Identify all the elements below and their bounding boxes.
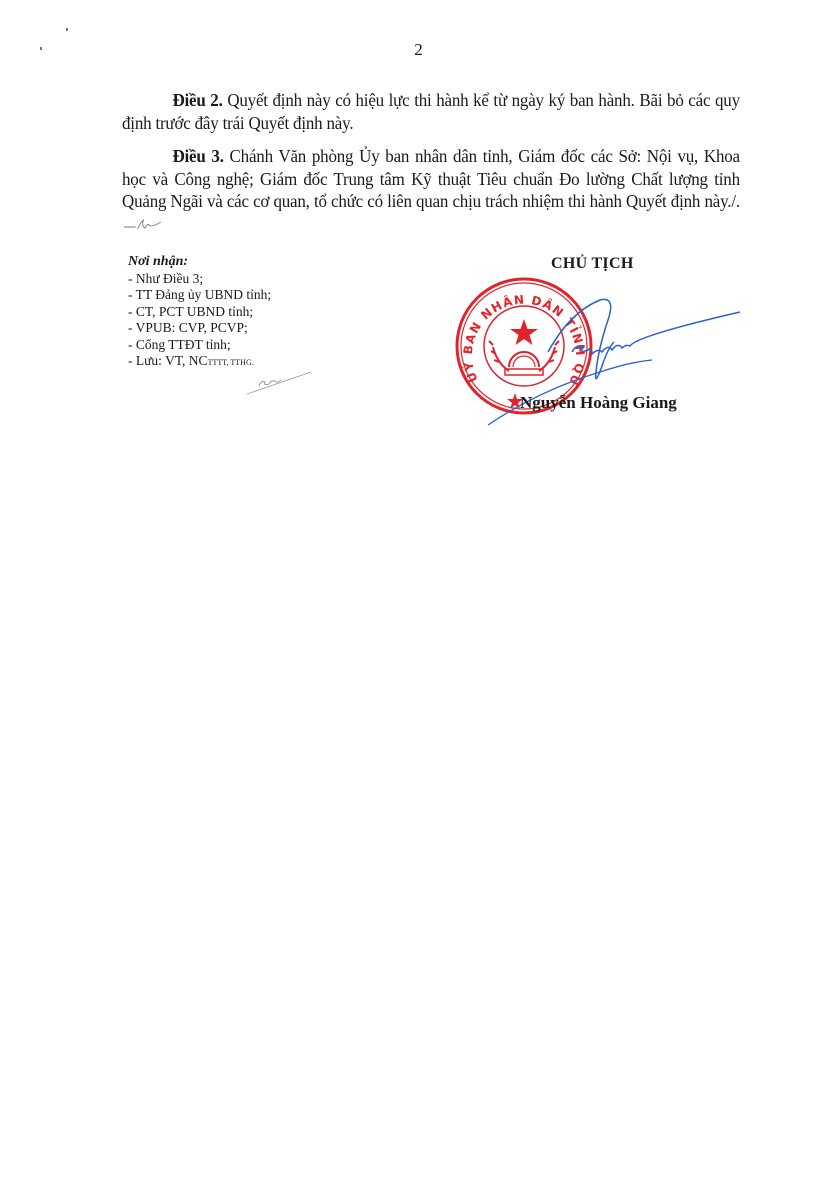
recipients-block: Nơi nhận: - Như Điều 3; - TT Đảng ủy UBN… bbox=[128, 254, 271, 372]
recipient-item: - Như Điều 3; bbox=[128, 271, 271, 288]
recipient-item: - TT Đảng ủy UBND tỉnh; bbox=[128, 287, 271, 304]
initials-mark-icon bbox=[122, 219, 163, 231]
signer-position: CHỦ TỊCH bbox=[551, 255, 634, 273]
handwritten-signature-icon bbox=[480, 290, 760, 440]
scan-speck bbox=[66, 28, 68, 31]
article-3: Điều 3. Chánh Văn phòng Ủy ban nhân dân … bbox=[122, 145, 740, 235]
recipient-item: - CT, PCT UBND tỉnh; bbox=[128, 304, 271, 321]
recipient-item: - Cổng TTĐT tỉnh; bbox=[128, 337, 271, 354]
signer-name: Nguyễn Hoàng Giang bbox=[520, 393, 677, 413]
recipient-item: - VPUB: CVP, PCVP; bbox=[128, 320, 271, 337]
clerk-initials-icon bbox=[245, 366, 315, 396]
page-number: 2 bbox=[0, 40, 837, 60]
article-3-label: Điều 3. bbox=[172, 146, 223, 166]
recipients-title: Nơi nhận: bbox=[128, 254, 271, 271]
recipient-archive-text: - Lưu: VT, NC bbox=[128, 353, 208, 368]
article-2: Điều 2. Quyết định này có hiệu lực thi h… bbox=[122, 89, 740, 134]
article-2-label: Điều 2. bbox=[172, 90, 222, 110]
